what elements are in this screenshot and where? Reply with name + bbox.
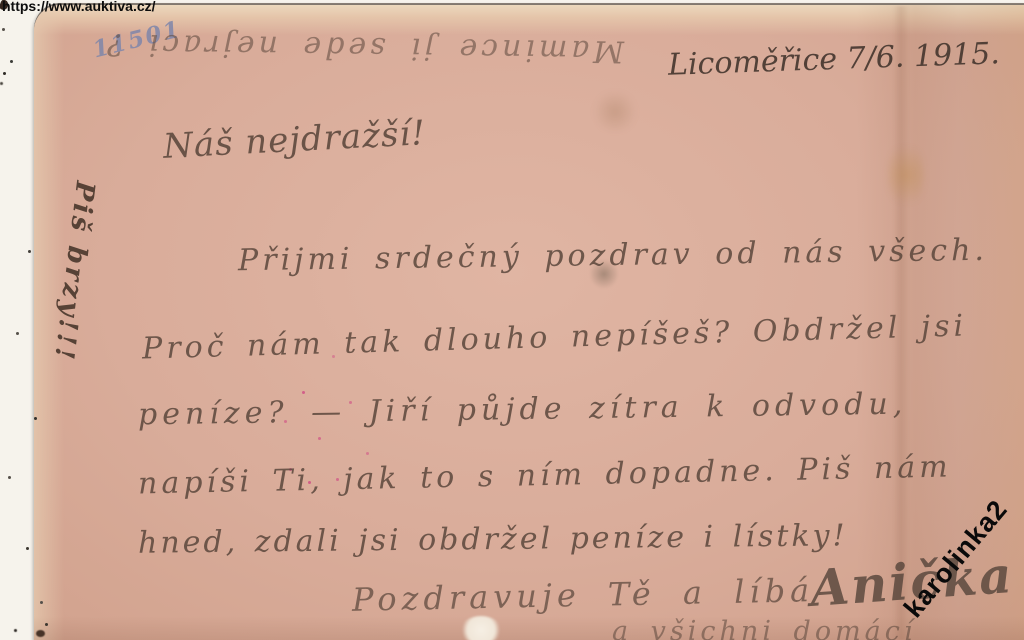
- upside-down-handwritten-note: Mamince ji sede nejraci ?: [104, 26, 624, 68]
- edge-speck: [36, 630, 45, 637]
- paper-chip-mark: [460, 616, 502, 640]
- scanned-postcard-page: 11501 Mamince ji sede nejraci ? Licoměři…: [0, 0, 1024, 640]
- handwritten-body-line: hned, zdali jsi obdržel peníze i lístky!: [138, 518, 848, 560]
- handwritten-postscript: a všichni domácí: [612, 616, 917, 640]
- scanner-bed-specks: [10, 60, 13, 63]
- auction-site-url-watermark: https://www.auktiva.cz/: [2, 0, 156, 14]
- faint-stain: [592, 92, 638, 132]
- magenta-ink-specks: [302, 391, 305, 394]
- yellow-stain: [888, 138, 924, 212]
